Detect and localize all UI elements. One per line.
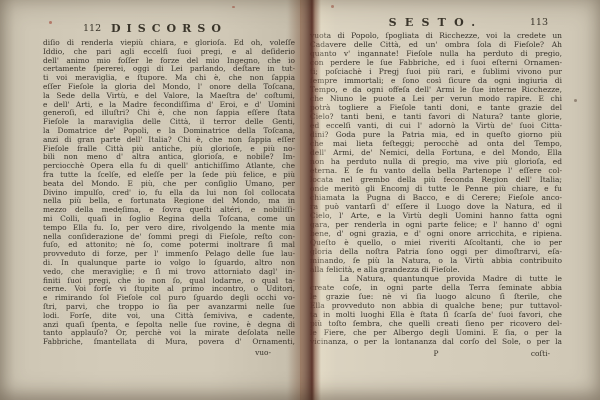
text-line: bene, d' ogni grazia, e d' ogni onore ar… bbox=[310, 230, 562, 239]
text-line: e rimirando ſol Fieſole col puro ſguardo… bbox=[43, 294, 295, 303]
text-line: con perdere le ſue Fabbriche, ed i ſuoi … bbox=[310, 59, 562, 68]
text-line: nella più bella, e fortunata Regione del… bbox=[43, 197, 295, 206]
left-text-block: diſio di renderla viepiù chiara, e glori… bbox=[43, 39, 295, 347]
text-line: bili non meno d' altra antica, glorioſa,… bbox=[43, 153, 295, 162]
text-line: eterna. E ſe fu vanto della bella Parten… bbox=[310, 167, 562, 176]
text-line: vicinanza, o per la lontananza dal corſo… bbox=[310, 338, 562, 347]
text-line: di. In qualunque parte io volgo lo ſguar… bbox=[43, 259, 295, 268]
text-line: che Niuno le puote a Lei per verun modo … bbox=[310, 95, 562, 104]
text-line: mezzo della medeſima, e ſovra queſti alt… bbox=[43, 206, 295, 215]
text-line: nella conſiderazione de' ſommi pregi di … bbox=[43, 233, 295, 242]
text-line: Cadavere delle Città, ed un' ombra ſola … bbox=[310, 41, 562, 50]
text-line: La Natura, quantunque provida Madre di t… bbox=[310, 275, 562, 284]
left-running-title: DISCORSO bbox=[43, 22, 295, 35]
text-line: certamente ſpererei, oggi di Lei parland… bbox=[43, 65, 295, 74]
right-page-number: 113 bbox=[530, 17, 548, 28]
text-line: ed eccelſi vanti, di cui l' adornò la Vi… bbox=[310, 122, 562, 131]
text-line: beata del Mondo. E più, che per conſigli… bbox=[43, 180, 295, 189]
text-line: ra può vantarſi d' eſſere il Luogo dove … bbox=[310, 203, 562, 212]
right-text-block: vuota di Popolo, ſpogliata di Ricchezze,… bbox=[310, 32, 562, 347]
text-line: eſſer Fieſole la gloria del Mondo, l' on… bbox=[43, 83, 295, 92]
right-running-title: SESTO. bbox=[310, 16, 562, 29]
signature-mark: P bbox=[310, 349, 562, 358]
left-page: 112 DISCORSO diſio di renderla viepiù ch… bbox=[0, 0, 300, 400]
text-line: più toſto ſembra, che quelli creati ſien… bbox=[310, 320, 562, 329]
text-line: e dell' Arti, e la Madre fecondiſſima d'… bbox=[43, 101, 295, 110]
text-line: provveduto di forze, per l' immenſo Pela… bbox=[43, 250, 295, 259]
left-running-head: 112 DISCORSO bbox=[43, 22, 295, 34]
text-line: chiamata la Pugna di Bacco, e di Cerere;… bbox=[310, 194, 562, 203]
text-line: ti; poſciachè i Pregj ſuoi più rari, e ſ… bbox=[310, 68, 562, 77]
text-line: ſtri, parvi, che troppo io ſia per avanz… bbox=[43, 303, 295, 312]
text-line: minando, ſe più la Natura, o la Virtù ab… bbox=[310, 257, 562, 266]
text-line: Divino impulſo, cred' io, fu ella da lui… bbox=[43, 189, 295, 198]
right-catchword: coſti- bbox=[531, 349, 550, 358]
text-line: Iddio, che pari agli eccelſi ſuoi pregi,… bbox=[43, 48, 295, 57]
text-line: cerne. Voi forſe vi ſtupite al primo inc… bbox=[43, 285, 295, 294]
text-line: la Sede della Virtù, e del Valore, la Ma… bbox=[43, 92, 295, 101]
text-line: Tempo, e da ogni offeſa dell' Armi le ſu… bbox=[310, 86, 562, 95]
right-running-head: SESTO. 113 bbox=[310, 16, 562, 28]
text-line: che mai lieta feſteggi; perocchè ad onta… bbox=[310, 140, 562, 149]
text-line: dini? Goda pure la Patria mia, ed in que… bbox=[310, 131, 562, 140]
text-line: fuſo, ed attonito; nè ſo, come potermi i… bbox=[43, 241, 295, 250]
text-line: ti voi meraviglia, e ſtupore. Ma chi è, … bbox=[43, 74, 295, 83]
ink-smudge: ⋯⋯ bbox=[48, 342, 88, 352]
text-line: vuota di Popolo, ſpogliata di Ricchezze,… bbox=[310, 32, 562, 41]
text-line: quanto v' ingannate! Fieſole nulla ha pe… bbox=[310, 50, 562, 59]
text-line: anzi quaſi ſpenta, e ſepolta nelle ſue r… bbox=[43, 321, 295, 330]
text-line: Ella provveduto non abbia di qualche ben… bbox=[310, 302, 562, 311]
text-line: create coſe, in ogni parte della Terra ſ… bbox=[310, 284, 562, 293]
text-line: diſio di renderla viepiù chiara, e glori… bbox=[43, 39, 295, 48]
text-line: perciocchè Opera ella fu di quell' antic… bbox=[43, 162, 295, 171]
text-line: mi Colli, quaſi in ſoglio Regina della T… bbox=[43, 215, 295, 224]
text-line: fra tutte la ſcelſe, ed eleſſe per la ſe… bbox=[43, 171, 295, 180]
text-line: gara, per renderla in ogni parte felice;… bbox=[310, 221, 562, 230]
text-line: non ha perduto nulla di pregio, ma vive … bbox=[310, 158, 562, 167]
right-page: SESTO. 113 vuota di Popolo, ſpogliata di… bbox=[300, 0, 600, 400]
text-line: anzi di gran parte dell' Italia? Chi è, … bbox=[43, 136, 295, 145]
right-foot-row: P coſti- bbox=[310, 349, 562, 359]
book-photo: 112 DISCORSO diſio di renderla viepiù ch… bbox=[0, 0, 600, 400]
text-line: potrà togliere a Fieſole tanti doni, e t… bbox=[310, 104, 562, 113]
text-line: Queſto è quello, o miei riveriti Aſcolta… bbox=[310, 239, 562, 248]
text-line: finiti ſuoi pregi, che io non ſo, qual l… bbox=[43, 277, 295, 286]
text-line: alla felicità, e alla grandezza di Fieſo… bbox=[310, 266, 562, 275]
text-line: tanto applauſo? Or, perchè voi la mirate… bbox=[43, 329, 295, 338]
text-line: Fieſole fralle Città più antiche, più gl… bbox=[43, 145, 295, 154]
text-line: dell' animo mio foſſer le forze del mio … bbox=[43, 57, 295, 66]
text-line: le grazie ſue: nè vi ſia luogo alcuno ſì… bbox=[310, 293, 562, 302]
text-line: Fieſole la maraviglia delle Città, il te… bbox=[43, 118, 295, 127]
text-line: ſempre immortali; e ſono così ſicure da … bbox=[310, 77, 562, 86]
text-line: locata nel grembo della più feconda Regi… bbox=[310, 176, 562, 185]
text-line: dell' Armi, de' Nemici, della Fortuna, e… bbox=[310, 149, 562, 158]
text-line: vedo, che meraviglie; e ſì mi trovo atto… bbox=[43, 268, 295, 277]
text-line: Cielo, l' Arte, e la Virtù degli Uomini … bbox=[310, 212, 562, 221]
text-line: le Fiere, che per Albergo degli Uomini. … bbox=[310, 329, 562, 338]
text-line: ta in molti luoghi Ella è ſtata ſì ſcarſ… bbox=[310, 311, 562, 320]
text-line: tempo Ella fu. Io, per vero dire, rivolg… bbox=[43, 224, 295, 233]
text-line: la Domatrice de' Popoli, e la Dominatric… bbox=[43, 127, 295, 136]
text-line: gloria della noſtra Patria ſono oggi per… bbox=[310, 248, 562, 257]
text-line: generoſi, ed illuſtri? Chi è, che non ſa… bbox=[43, 109, 295, 118]
text-line: onde meritò gli Encomj di tutte le Penne… bbox=[310, 185, 562, 194]
text-line: Cielo? tanti beni, e tanti favori di Nat… bbox=[310, 113, 562, 122]
text-line: lodi. Forſe, dite voi, una Città ſemiviv… bbox=[43, 312, 295, 321]
